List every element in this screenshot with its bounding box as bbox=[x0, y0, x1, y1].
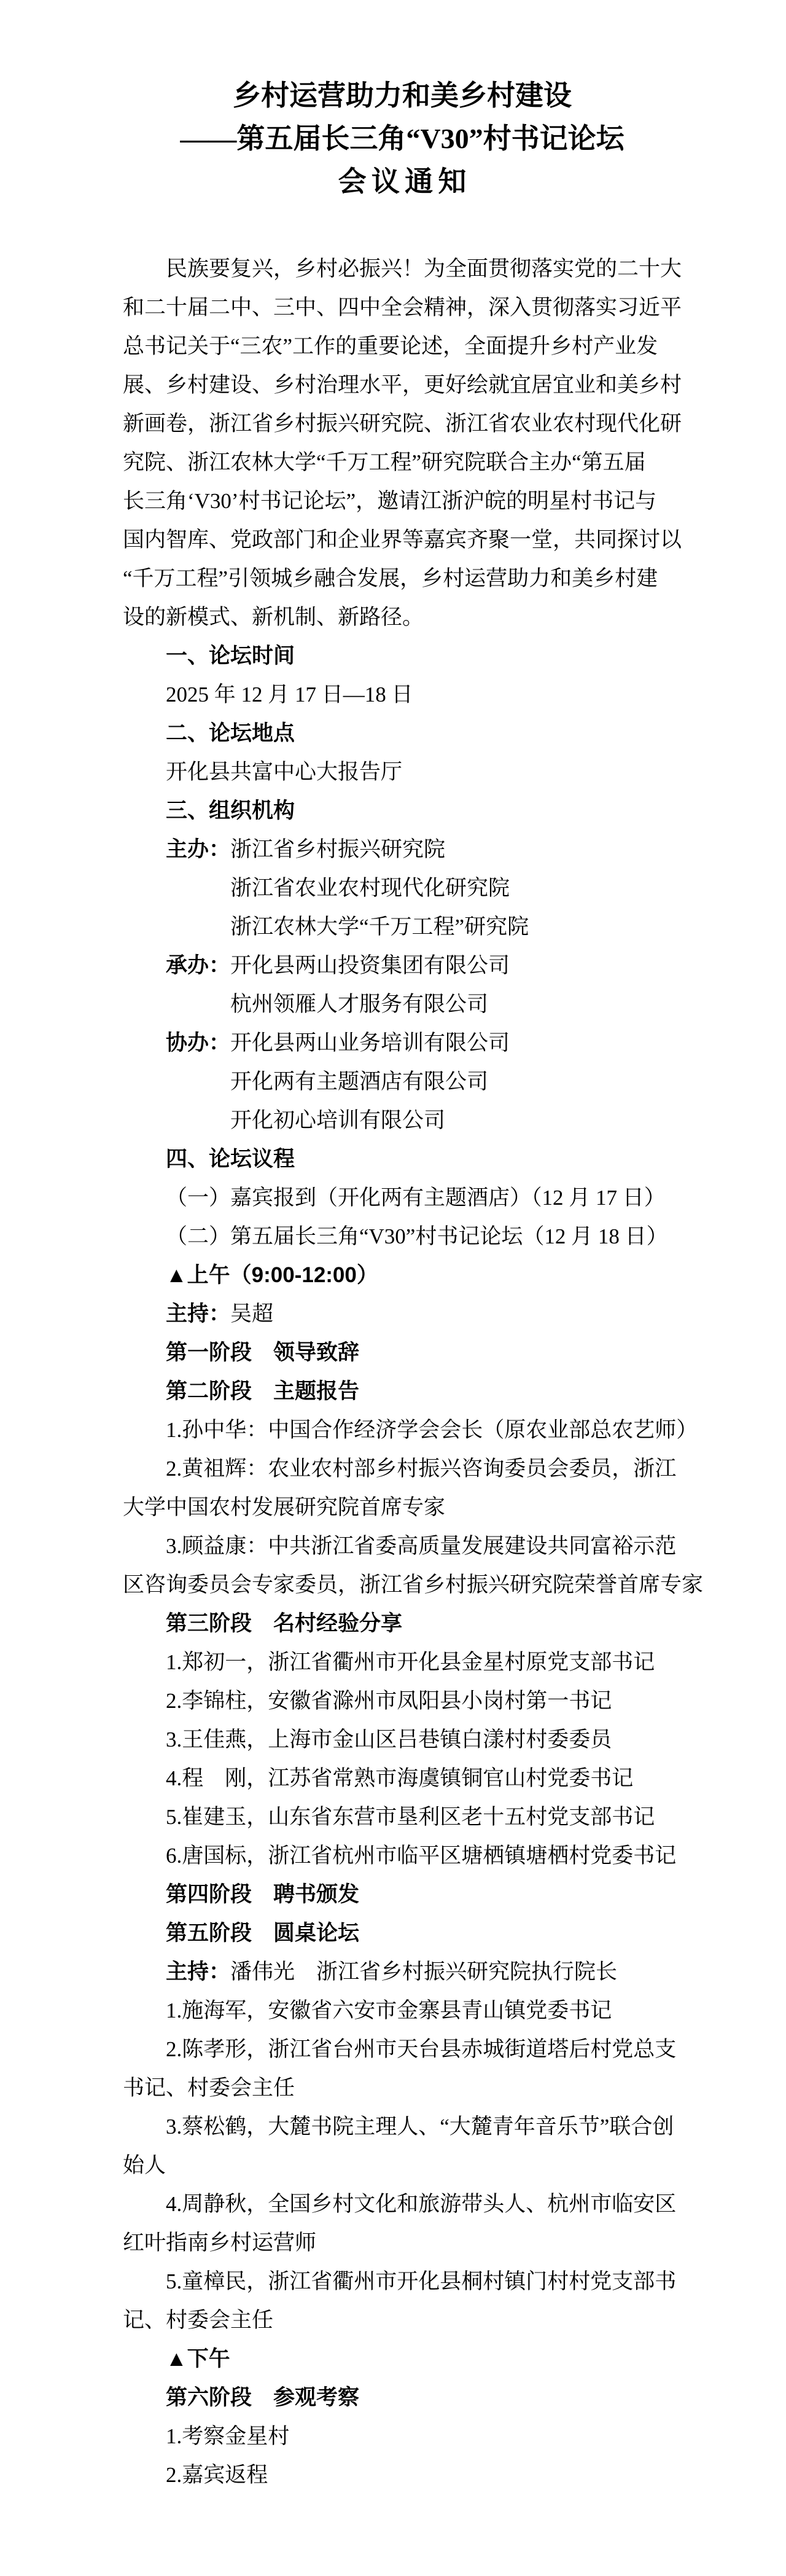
co-organizer-line: 协办：开化县两山业务培训有限公司 bbox=[123, 1024, 682, 1062]
roundtable-guest: 3.蔡松鹤，大麓书院主理人、“大麓青年音乐节”联合创 bbox=[123, 2107, 682, 2146]
line-label: 承办： bbox=[166, 946, 230, 985]
sharer-item: 5.崔建玉，山东省东营市垦利区老十五村党支部书记 bbox=[123, 1798, 682, 1836]
speaker-item-continued: 大学中国农村发展研究院首席专家 bbox=[123, 1488, 682, 1527]
co-organizer-org: 开化初心培训有限公司 bbox=[123, 1101, 682, 1140]
host-org: 浙江农林大学“千万工程”研究院 bbox=[123, 907, 682, 946]
intro-line: 展、乡村建设、乡村治理水平，更好绘就宜居宜业和美乡村 bbox=[123, 366, 682, 404]
intro-line: 民族要复兴，乡村必振兴！为全面贯彻落实党的二十大 bbox=[123, 249, 682, 288]
document-page: 乡村运营助力和美乡村建设——第五届长三角“V30”村书记论坛会议通知 民族要复兴… bbox=[0, 0, 786, 2576]
undertaker-org: 杭州领雁人才服务有限公司 bbox=[123, 985, 682, 1024]
roundtable-guest-continued: 书记、村委会主任 bbox=[123, 2069, 682, 2107]
line-text: 开化县两山业务培训有限公司 bbox=[230, 1031, 510, 1055]
agenda-item: （一）嘉宾报到（开化两有主题酒店）（12 月 17 日） bbox=[123, 1178, 682, 1217]
line-text: 开化县两山投资集团有限公司 bbox=[230, 953, 510, 977]
intro-line: 设的新模式、新机制、新路径。 bbox=[123, 598, 682, 636]
stage-3-heading: 第三阶段 名村经验分享 bbox=[123, 1604, 682, 1643]
line-label: 主持： bbox=[166, 1952, 230, 1991]
roundtable-guest: 5.童樟民，浙江省衢州市开化县桐村镇门村村党支部书 bbox=[123, 2262, 682, 2301]
roundtable-guest-continued: 记、村委会主任 bbox=[123, 2301, 682, 2339]
intro-line: 国内智库、党政部门和企业界等嘉宾齐聚一堂，共同探讨以 bbox=[123, 520, 682, 559]
title-line-1: 乡村运营助力和美乡村建设 bbox=[123, 74, 682, 117]
forum-venue: 开化县共富中心大报告厅 bbox=[123, 753, 682, 791]
line-label: 主持： bbox=[166, 1294, 230, 1333]
afternoon-item: 2.嘉宾返程 bbox=[123, 2456, 682, 2494]
morning-host-line: 主持：吴超 bbox=[123, 1294, 682, 1333]
roundtable-guest: 4.周静秋，全国乡村文化和旅游带头人、杭州市临安区 bbox=[123, 2185, 682, 2223]
host-line: 主办：浙江省乡村振兴研究院 bbox=[123, 830, 682, 869]
sharer-item: 6.唐国标，浙江省杭州市临平区塘栖镇塘栖村党委书记 bbox=[123, 1836, 682, 1875]
intro-line: 究院、浙江农林大学“千万工程”研究院联合主办“第五届 bbox=[123, 443, 682, 482]
roundtable-guest: 2.陈孝形，浙江省台州市天台县赤城街道塔后村党总支 bbox=[123, 2030, 682, 2069]
sharer-item: 4.程 刚，江苏省常熟市海虞镇铜官山村党委书记 bbox=[123, 1759, 682, 1798]
roundtable-host-line: 主持：潘伟光 浙江省乡村振兴研究院执行院长 bbox=[123, 1952, 682, 1991]
title-line-2: ——第五届长三角“V30”村书记论坛 bbox=[123, 117, 682, 160]
section-heading-forum-venue: 二、论坛地点 bbox=[123, 714, 682, 753]
stage-5-heading: 第五阶段 圆桌论坛 bbox=[123, 1914, 682, 1952]
co-organizer-org: 开化两有主题酒店有限公司 bbox=[123, 1062, 682, 1101]
document-title: 乡村运营助力和美乡村建设——第五届长三角“V30”村书记论坛会议通知 bbox=[123, 74, 682, 203]
intro-line: “千万工程”引领城乡融合发展，乡村运营助力和美乡村建 bbox=[123, 559, 682, 598]
intro-line: 总书记关于“三农”工作的重要论述，全面提升乡村产业发 bbox=[123, 327, 682, 366]
agenda-item: （二）第五届长三角“V30”村书记论坛（12 月 18 日） bbox=[123, 1217, 682, 1256]
roundtable-guest-continued: 始人 bbox=[123, 2146, 682, 2185]
line-label: 主办： bbox=[166, 830, 230, 869]
sharer-item: 2.李锦柱，安徽省滁州市凤阳县小岗村第一书记 bbox=[123, 1681, 682, 1720]
host-org: 浙江省农业农村现代化研究院 bbox=[123, 869, 682, 907]
undertaker-line: 承办：开化县两山投资集团有限公司 bbox=[123, 946, 682, 985]
section-heading-agenda: 四、论坛议程 bbox=[123, 1140, 682, 1178]
sharer-item: 1.郑初一，浙江省衢州市开化县金星村原党支部书记 bbox=[123, 1643, 682, 1681]
intro-line: 和二十届二中、三中、四中全会精神，深入贯彻落实习近平 bbox=[123, 288, 682, 327]
roundtable-guest-continued: 红叶指南乡村运营师 bbox=[123, 2223, 682, 2262]
morning-session-heading: ▲上午（9:00-12:00） bbox=[123, 1256, 682, 1294]
sharer-item: 3.王佳燕，上海市金山区吕巷镇白漾村村委委员 bbox=[123, 1720, 682, 1759]
line-text: 吴超 bbox=[230, 1302, 273, 1326]
stage-2-heading: 第二阶段 主题报告 bbox=[123, 1372, 682, 1411]
line-text: 浙江省乡村振兴研究院 bbox=[230, 837, 445, 861]
stage-1-heading: 第一阶段 领导致辞 bbox=[123, 1333, 682, 1372]
section-heading-organizers: 三、组织机构 bbox=[123, 791, 682, 830]
forum-date: 2025 年 12 月 17 日—18 日 bbox=[123, 675, 682, 714]
stage-4-heading: 第四阶段 聘书颁发 bbox=[123, 1875, 682, 1914]
title-line-3: 会议通知 bbox=[123, 160, 682, 203]
speaker-item-continued: 区咨询委员会专家委员，浙江省乡村振兴研究院荣誉首席专家 bbox=[123, 1565, 682, 1604]
section-heading-forum-time: 一、论坛时间 bbox=[123, 636, 682, 675]
afternoon-item: 1.考察金星村 bbox=[123, 2417, 682, 2456]
line-text: 潘伟光 浙江省乡村振兴研究院执行院长 bbox=[230, 1960, 617, 1984]
stage-6-heading: 第六阶段 参观考察 bbox=[123, 2378, 682, 2417]
intro-line: 长三角‘V30’村书记论坛”，邀请江浙沪皖的明星村书记与 bbox=[123, 482, 682, 520]
speaker-item: 1.孙中华：中国合作经济学会会长（原农业部总农艺师） bbox=[123, 1411, 682, 1449]
intro-line: 新画卷，浙江省乡村振兴研究院、浙江省农业农村现代化研 bbox=[123, 404, 682, 443]
speaker-item: 2.黄祖辉：农业农村部乡村振兴咨询委员会委员，浙江 bbox=[123, 1449, 682, 1488]
afternoon-session-heading: ▲下午 bbox=[123, 2339, 682, 2378]
document-body: 民族要复兴，乡村必振兴！为全面贯彻落实党的二十大和二十届二中、三中、四中全会精神… bbox=[123, 249, 682, 2494]
speaker-item: 3.顾益康：中共浙江省委高质量发展建设共同富裕示范 bbox=[123, 1527, 682, 1565]
line-label: 协办： bbox=[166, 1024, 230, 1062]
roundtable-guest: 1.施海军，安徽省六安市金寨县青山镇党委书记 bbox=[123, 1991, 682, 2030]
